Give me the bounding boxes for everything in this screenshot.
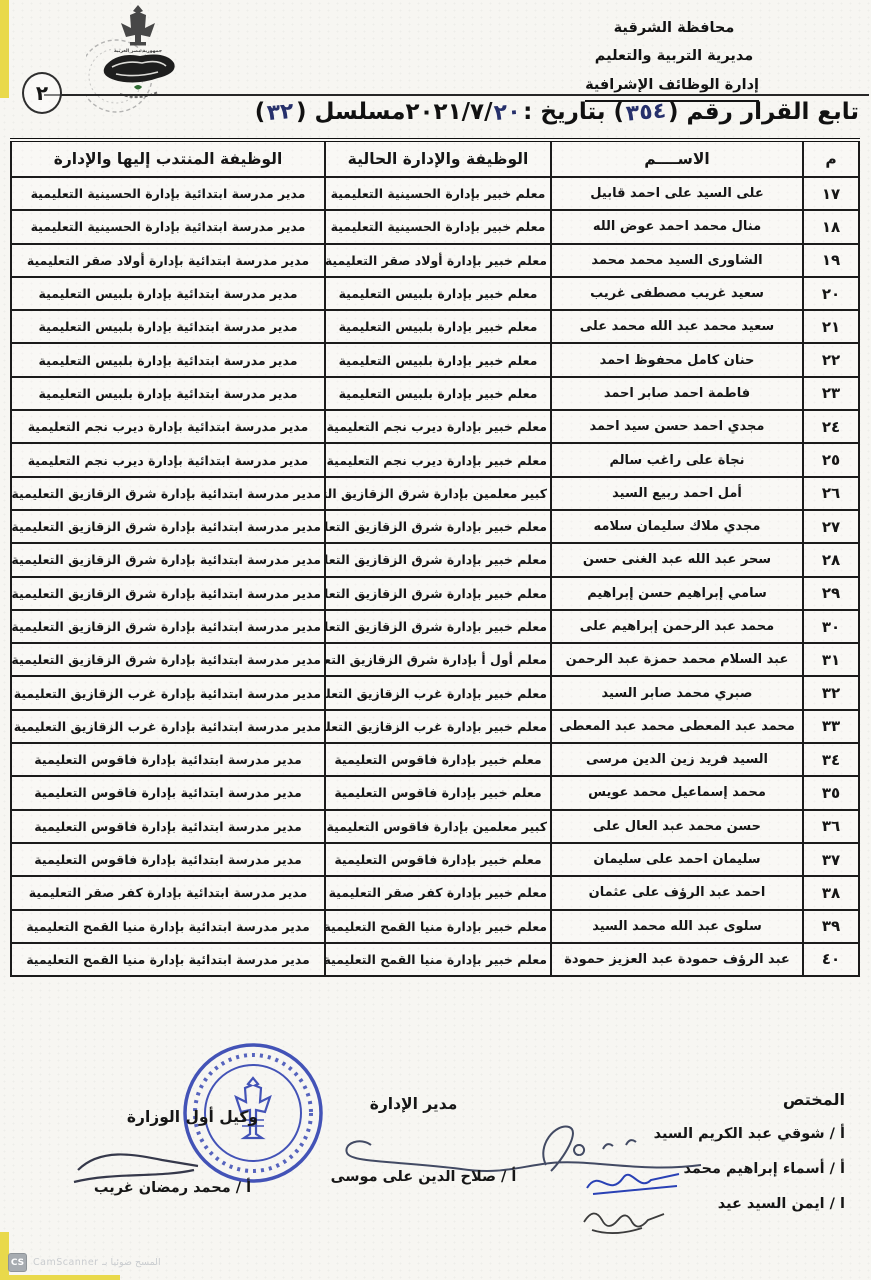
header-rule bbox=[44, 94, 869, 96]
cell-name: فاطمة احمد صابر احمد bbox=[551, 377, 803, 410]
cell-current: معلم أول أ بإدارة شرق الزقازيق التعليمية bbox=[325, 643, 551, 676]
cell-current: معلم خبير بإدارة منيا القمح التعليمية bbox=[325, 943, 551, 976]
cell-current: معلم خبير بإدارة شرق الزقازيق التعليمية bbox=[325, 577, 551, 610]
cell-no: ٣٧ bbox=[803, 843, 859, 876]
camscanner-icon: CS bbox=[8, 1253, 27, 1272]
title-text: ٧ bbox=[470, 99, 484, 125]
table-row: ٢٩سامي إبراهيم حسن إبراهيممعلم خبير بإدا… bbox=[11, 577, 859, 610]
table-row: ٣٢صبري محمد صابر السيدمعلم خبير بإدارة غ… bbox=[11, 676, 859, 709]
cell-no: ٢٨ bbox=[803, 543, 859, 576]
cell-no: ٣٨ bbox=[803, 876, 859, 909]
cell-no: ٣٠ bbox=[803, 610, 859, 643]
cell-name: أمل احمد ربيع السيد bbox=[551, 477, 803, 510]
table-row: ٣٣محمد عبد المعطى محمد عبد المعطىمعلم خب… bbox=[11, 710, 859, 743]
cell-seconded: مدير مدرسة ابتدائية بإدارة ديرب نجم التع… bbox=[11, 410, 325, 443]
table-row: ٢٢حنان كامل محفوظ احمدمعلم خبير بإدارة ب… bbox=[11, 343, 859, 376]
director-block: مدير الإدارة أ / صلاح الدين على موسى bbox=[306, 1095, 541, 1185]
cell-seconded: مدير مدرسة ابتدائية بإدارة شرق الزقازيق … bbox=[11, 477, 325, 510]
cell-seconded: مدير مدرسة ابتدائية بإدارة بلبيس التعليم… bbox=[11, 343, 325, 376]
cell-seconded: مدير مدرسة ابتدائية بإدارة غرب الزقازيق … bbox=[11, 710, 325, 743]
cell-no: ٢٦ bbox=[803, 477, 859, 510]
specialist-title: المختص bbox=[545, 1090, 845, 1109]
specialist-name: ا / ايمن السيد عيد bbox=[545, 1187, 845, 1222]
cell-name: صبري محمد صابر السيد bbox=[551, 676, 803, 709]
scan-edge-artifact bbox=[0, 0, 9, 98]
cell-current: معلم خبير بإدارة شرق الزقازيق التعليمية bbox=[325, 610, 551, 643]
cell-name: على السيد على احمد قابيل bbox=[551, 177, 803, 210]
table-row: ٢٨سحر عبد الله عبد الغنى حسنمعلم خبير بإ… bbox=[11, 543, 859, 576]
cell-current: معلم خبير بإدارة غرب الزقازيق التعليمية bbox=[325, 710, 551, 743]
secondment-table: م الاســــم الوظيفة والإدارة الحالية الو… bbox=[10, 138, 860, 977]
cell-current: معلم خبير بإدارة بلبيس التعليمية bbox=[325, 377, 551, 410]
undersecretary-block: وكيل أول الوزارة أ / محمد رمضان غريب bbox=[40, 1108, 305, 1196]
cell-name: سليمان احمد على سليمان bbox=[551, 843, 803, 876]
cell-current: معلم خبير بإدارة كفر صقر التعليمية bbox=[325, 876, 551, 909]
cell-current: معلم خبير بإدارة الحسينية التعليمية bbox=[325, 210, 551, 243]
cell-current: معلم خبير بإدارة الحسينية التعليمية bbox=[325, 177, 551, 210]
svg-text:جمهورية مصر العربية: جمهورية مصر العربية bbox=[114, 49, 162, 54]
table-row: ٣٠محمد عبد الرحمن إبراهيم علىمعلم خبير ب… bbox=[11, 610, 859, 643]
col-header-current-job: الوظيفة والإدارة الحالية bbox=[325, 140, 551, 177]
cell-name: احمد عبد الرؤف على عثمان bbox=[551, 876, 803, 909]
cell-current: معلم خبير بإدارة بلبيس التعليمية bbox=[325, 310, 551, 343]
director-name: أ / صلاح الدين على موسى bbox=[306, 1169, 541, 1185]
title-text: مسلسل ( bbox=[296, 99, 406, 125]
cell-seconded: مدير مدرسة ابتدائية بإدارة منيا القمح ال… bbox=[11, 910, 325, 943]
cell-name: عبد الرؤف حمودة عبد العزيز حمودة bbox=[551, 943, 803, 976]
cell-no: ٢١ bbox=[803, 310, 859, 343]
cell-name: محمد عبد المعطى محمد عبد المعطى bbox=[551, 710, 803, 743]
letterhead-department: إدارة الوظائف الإشرافية bbox=[585, 71, 759, 102]
table-row: ٤٠عبد الرؤف حمودة عبد العزيز حمودةمعلم خ… bbox=[11, 943, 859, 976]
camscanner-label: CamScanner المسح ضوئيا بـ bbox=[33, 1257, 161, 1268]
cell-name: حنان كامل محفوظ احمد bbox=[551, 343, 803, 376]
cell-name: سلوى عبد الله محمد السيد bbox=[551, 910, 803, 943]
cell-name: مجدي ملاك سليمان سلامه bbox=[551, 510, 803, 543]
cell-current: معلم خبير بإدارة ديرب نجم التعليمية bbox=[325, 410, 551, 443]
cell-seconded: مدير مدرسة ابتدائية بإدارة شرق الزقازيق … bbox=[11, 610, 325, 643]
cell-seconded: مدير مدرسة ابتدائية بإدارة الحسينية التع… bbox=[11, 177, 325, 210]
cell-seconded: مدير مدرسة ابتدائية بإدارة شرق الزقازيق … bbox=[11, 643, 325, 676]
cell-no: ٣٩ bbox=[803, 910, 859, 943]
cell-seconded: مدير مدرسة ابتدائية بإدارة منيا القمح ال… bbox=[11, 943, 325, 976]
cell-no: ٣١ bbox=[803, 643, 859, 676]
table-row: ٢٣فاطمة احمد صابر احمدمعلم خبير بإدارة ب… bbox=[11, 377, 859, 410]
decree-title: تابع القرار رقم ( ٣٥٤ ) بتاريخ : ٢٠/ ٧ /… bbox=[18, 99, 859, 125]
cell-no: ٣٦ bbox=[803, 810, 859, 843]
cell-no: ٣٥ bbox=[803, 776, 859, 809]
cell-current: معلم خبير بإدارة منيا القمح التعليمية bbox=[325, 910, 551, 943]
table-row: ١٩الشاورى السيد محمد محمدمعلم خبير بإدار… bbox=[11, 244, 859, 277]
cell-no: ٣٢ bbox=[803, 676, 859, 709]
specialist-block: المختص أ / شوقي عبد الكريم السيد أ / أسم… bbox=[545, 1090, 845, 1221]
table-row: ٣٨احمد عبد الرؤف على عثمانمعلم خبير بإدا… bbox=[11, 876, 859, 909]
cell-seconded: مدير مدرسة ابتدائية بإدارة ديرب نجم التع… bbox=[11, 443, 325, 476]
director-title: مدير الإدارة bbox=[306, 1095, 521, 1113]
cell-current: معلم خبير بإدارة غرب الزقازيق التعليمية bbox=[325, 676, 551, 709]
cell-seconded: مدير مدرسة ابتدائية بإدارة أولاد صقر الت… bbox=[11, 244, 325, 277]
handwritten-number: ٣٢ bbox=[264, 99, 297, 127]
cell-current: كبير معلمين بإدارة فاقوس التعليمية bbox=[325, 810, 551, 843]
cell-no: ١٨ bbox=[803, 210, 859, 243]
cell-no: ٣٣ bbox=[803, 710, 859, 743]
table-row: ٣٤السيد فريد زين الدين مرسىمعلم خبير بإد… bbox=[11, 743, 859, 776]
cell-no: ٢٢ bbox=[803, 343, 859, 376]
cell-seconded: مدير مدرسة ابتدائية بإدارة فاقوس التعليم… bbox=[11, 843, 325, 876]
table-header-row: م الاســــم الوظيفة والإدارة الحالية الو… bbox=[11, 140, 859, 177]
cell-name: نجاة على راغب سالم bbox=[551, 443, 803, 476]
cell-current: معلم خبير بإدارة بلبيس التعليمية bbox=[325, 343, 551, 376]
egypt-eagle-icon: جمهورية مصر العربية bbox=[86, 2, 188, 114]
table-row: ٣٥محمد إسماعيل محمد عويسمعلم خبير بإدارة… bbox=[11, 776, 859, 809]
table-row: ٣١عبد السلام محمد حمزة عبد الرحمنمعلم أو… bbox=[11, 643, 859, 676]
cell-seconded: مدير مدرسة ابتدائية بإدارة غرب الزقازيق … bbox=[11, 676, 325, 709]
cell-no: ٢٠ bbox=[803, 277, 859, 310]
cell-name: محمد إسماعيل محمد عويس bbox=[551, 776, 803, 809]
title-text: ) بتاريخ : bbox=[523, 99, 624, 125]
cell-no: ٢٥ bbox=[803, 443, 859, 476]
table-row: ١٧على السيد على احمد قابيلمعلم خبير بإدا… bbox=[11, 177, 859, 210]
table-row: ٣٧سليمان احمد على سليمانمعلم خبير بإدارة… bbox=[11, 843, 859, 876]
scanned-decree-page: { "page": { "page_number": "٢" }, "lette… bbox=[0, 0, 871, 1280]
title-text: تابع القرار رقم ( bbox=[668, 99, 859, 125]
cell-name: مجدي احمد حسن سيد احمد bbox=[551, 410, 803, 443]
cell-seconded: مدير مدرسة ابتدائية بإدارة كفر صقر التعل… bbox=[11, 876, 325, 909]
cell-seconded: مدير مدرسة ابتدائية بإدارة فاقوس التعليم… bbox=[11, 810, 325, 843]
cell-seconded: مدير مدرسة ابتدائية بإدارة بلبيس التعليم… bbox=[11, 277, 325, 310]
cell-name: عبد السلام محمد حمزة عبد الرحمن bbox=[551, 643, 803, 676]
cell-seconded: مدير مدرسة ابتدائية بإدارة شرق الزقازيق … bbox=[11, 577, 325, 610]
letterhead: محافظة الشرقية مديرية التربية والتعليم إ… bbox=[589, 14, 759, 102]
cell-name: سعيد محمد عبد الله محمد على bbox=[551, 310, 803, 343]
cell-name: منال محمد احمد عوض الله bbox=[551, 210, 803, 243]
col-header-number: م bbox=[803, 140, 859, 177]
table-row: ٢٥نجاة على راغب سالممعلم خبير بإدارة دير… bbox=[11, 443, 859, 476]
cell-current: كبير معلمين بإدارة شرق الزقازيق التعليمي… bbox=[325, 477, 551, 510]
cell-no: ٢٧ bbox=[803, 510, 859, 543]
cell-seconded: مدير مدرسة ابتدائية بإدارة شرق الزقازيق … bbox=[11, 543, 325, 576]
letterhead-governorate: محافظة الشرقية bbox=[589, 14, 759, 42]
table-row: ٢٠سعيد غريب مصطفى غريبمعلم خبير بإدارة ب… bbox=[11, 277, 859, 310]
cell-no: ٤٠ bbox=[803, 943, 859, 976]
cell-seconded: مدير مدرسة ابتدائية بإدارة فاقوس التعليم… bbox=[11, 776, 325, 809]
cell-name: سامي إبراهيم حسن إبراهيم bbox=[551, 577, 803, 610]
cell-seconded: مدير مدرسة ابتدائية بإدارة بلبيس التعليم… bbox=[11, 310, 325, 343]
cell-no: ٢٣ bbox=[803, 377, 859, 410]
cell-current: معلم خبير بإدارة فاقوس التعليمية bbox=[325, 843, 551, 876]
cell-name: سعيد غريب مصطفى غريب bbox=[551, 277, 803, 310]
cell-name: الشاورى السيد محمد محمد bbox=[551, 244, 803, 277]
specialist-name: أ / شوقي عبد الكريم السيد bbox=[545, 1117, 845, 1152]
cell-current: معلم خبير بإدارة فاقوس التعليمية bbox=[325, 743, 551, 776]
cell-no: ٢٩ bbox=[803, 577, 859, 610]
table-row: ٢٦أمل احمد ربيع السيدكبير معلمين بإدارة … bbox=[11, 477, 859, 510]
cell-seconded: مدير مدرسة ابتدائية بإدارة شرق الزقازيق … bbox=[11, 510, 325, 543]
cell-current: معلم خبير بإدارة شرق الزقازيق التعليمية bbox=[325, 510, 551, 543]
undersecretary-title: وكيل أول الوزارة bbox=[80, 1108, 305, 1126]
table-row: ١٨منال محمد احمد عوض اللهمعلم خبير بإدار… bbox=[11, 210, 859, 243]
cell-seconded: مدير مدرسة ابتدائية بإدارة بلبيس التعليم… bbox=[11, 377, 325, 410]
col-header-name: الاســــم bbox=[551, 140, 803, 177]
table-row: ٣٦حسن محمد عبد العال علىكبير معلمين بإدا… bbox=[11, 810, 859, 843]
cell-current: معلم خبير بإدارة شرق الزقازيق التعليمية bbox=[325, 543, 551, 576]
cell-no: ٣٤ bbox=[803, 743, 859, 776]
table-row: ٢٤مجدي احمد حسن سيد احمدمعلم خبير بإدارة… bbox=[11, 410, 859, 443]
cell-current: معلم خبير بإدارة فاقوس التعليمية bbox=[325, 776, 551, 809]
cell-no: ١٩ bbox=[803, 244, 859, 277]
cell-name: حسن محمد عبد العال على bbox=[551, 810, 803, 843]
cell-name: محمد عبد الرحمن إبراهيم على bbox=[551, 610, 803, 643]
table-row: ٢٧مجدي ملاك سليمان سلامهمعلم خبير بإدارة… bbox=[11, 510, 859, 543]
camscanner-watermark: CS CamScanner المسح ضوئيا بـ bbox=[8, 1253, 161, 1272]
undersecretary-name: أ / محمد رمضان غريب bbox=[40, 1180, 305, 1196]
specialist-name: أ / أسماء إبراهيم محمد bbox=[545, 1152, 845, 1187]
title-text: ٢٠٢١ bbox=[405, 99, 461, 125]
col-header-seconded-job: الوظيفة المنتدب إليها والإدارة bbox=[11, 140, 325, 177]
cell-current: معلم خبير بإدارة أولاد صقر التعليمية bbox=[325, 244, 551, 277]
cell-seconded: مدير مدرسة ابتدائية بإدارة الحسينية التع… bbox=[11, 210, 325, 243]
table-row: ٣٩سلوى عبد الله محمد السيدمعلم خبير بإدا… bbox=[11, 910, 859, 943]
handwritten-number: ٣٥٤ bbox=[623, 98, 669, 127]
cell-no: ١٧ bbox=[803, 177, 859, 210]
cell-seconded: مدير مدرسة ابتدائية بإدارة فاقوس التعليم… bbox=[11, 743, 325, 776]
cell-current: معلم خبير بإدارة ديرب نجم التعليمية bbox=[325, 443, 551, 476]
handwritten-number: ٢٠ bbox=[491, 99, 524, 127]
table-row: ٢١سعيد محمد عبد الله محمد علىمعلم خبير ب… bbox=[11, 310, 859, 343]
cell-name: السيد فريد زين الدين مرسى bbox=[551, 743, 803, 776]
scan-edge-artifact bbox=[0, 1275, 120, 1280]
cell-name: سحر عبد الله عبد الغنى حسن bbox=[551, 543, 803, 576]
cell-current: معلم خبير بإدارة بلبيس التعليمية bbox=[325, 277, 551, 310]
cell-no: ٢٤ bbox=[803, 410, 859, 443]
title-text: / bbox=[462, 99, 470, 125]
letterhead-directorate: مديرية التربية والتعليم bbox=[589, 42, 759, 70]
